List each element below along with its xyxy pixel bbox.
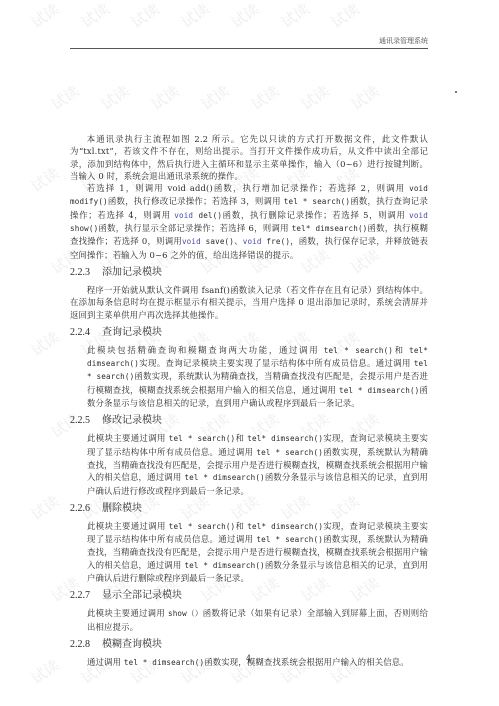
code-run: tel* dimsearch() bbox=[247, 434, 323, 443]
section-heading: 2.2.5修改记录模块 bbox=[70, 414, 428, 428]
watermark-text: 试读 bbox=[177, 0, 214, 33]
section-body: 此模块包括精确查询和模糊查询两大功能，通过调用 tel * search()和 … bbox=[70, 344, 428, 409]
code-run: save() bbox=[201, 237, 234, 246]
section-title: 添加记录模块 bbox=[102, 267, 162, 278]
text-run: 函数实现，模糊查找系统会根据用户输入的相关信息。 bbox=[204, 657, 409, 667]
section-number: 2.2.3 bbox=[70, 266, 102, 280]
watermark-text: 试读 bbox=[327, 0, 364, 33]
watermark-text: 试读 bbox=[197, 80, 234, 114]
watermark-text: 试读 bbox=[247, 80, 284, 114]
section-body: 程序一开始就从默认文件调用 fsanf()函数读入记录（若文件存在且有记录）到结… bbox=[70, 284, 428, 321]
text-run: 此模块包括精确查询和模糊查询两大功能，通过调用 bbox=[87, 345, 324, 355]
code-run: tel* dimsearch() bbox=[292, 224, 368, 233]
watermark-text: 试读 bbox=[127, 0, 164, 33]
section-title: 修改记录模块 bbox=[102, 415, 162, 426]
section-heading: 2.2.6删除模块 bbox=[70, 502, 428, 516]
text-run: 函数，执行删除记录操作；若选择 5，则调用 bbox=[222, 210, 409, 220]
text-run: 和 bbox=[393, 345, 409, 355]
text-run: 此模块主要通过调用 bbox=[87, 521, 169, 531]
code-run: tel * dimsearch() bbox=[339, 386, 419, 395]
code-run: show（） bbox=[168, 609, 203, 618]
section-title: 显示全部记录模块 bbox=[102, 590, 182, 601]
section-number: 2.2.6 bbox=[70, 502, 102, 516]
watermark-text: 试读 bbox=[347, 80, 384, 114]
watermark-text: 试读 bbox=[27, 162, 64, 196]
code-run: tel * dimsearch() bbox=[184, 561, 264, 570]
section-number: 2.2.8 bbox=[70, 638, 102, 652]
code-run: tel * dimsearch() bbox=[184, 473, 264, 482]
section-title: 删除模块 bbox=[102, 503, 142, 514]
watermark-text: 试读 bbox=[27, 490, 64, 524]
code-run: tel * search() bbox=[324, 346, 393, 355]
code-run: fre() bbox=[262, 237, 290, 246]
section-add-record: 2.2.3添加记录模块 程序一开始就从默认文件调用 fsanf()函数读入记录（… bbox=[70, 266, 428, 321]
watermark-text: 试读 bbox=[97, 80, 134, 114]
section-number: 2.2.5 bbox=[70, 414, 102, 428]
text-run: 和 bbox=[235, 433, 247, 443]
watermark-text: 试读 bbox=[77, 0, 114, 33]
stray-mark bbox=[455, 91, 457, 93]
text-run: 此模块主要通过调用 bbox=[87, 608, 168, 618]
watermark-text: 试读 bbox=[147, 80, 184, 114]
code-run: show() bbox=[70, 224, 98, 233]
section-heading: 2.2.7显示全部记录模块 bbox=[70, 589, 428, 603]
section-heading: 2.2.3添加记录模块 bbox=[70, 266, 428, 280]
running-header: 通讯录管理系统 bbox=[70, 34, 428, 49]
text-run: 函数，执行显示全部记录操作；若选择 6，则调用 bbox=[98, 223, 291, 233]
code-run: tel * search() bbox=[256, 448, 323, 457]
watermark-text: 试读 bbox=[47, 80, 84, 114]
section-show-all: 2.2.7显示全部记录模块 此模块主要通过调用 show（）函数将记录（如果有记… bbox=[70, 589, 428, 633]
code-run: tel * search() bbox=[284, 197, 350, 206]
watermark-text: 试读 bbox=[277, 0, 314, 33]
watermark-text: 试读 bbox=[227, 0, 264, 33]
section-heading: 2.2.8模糊查询模块 bbox=[70, 638, 428, 652]
section-delete-record: 2.2.6删除模块 此模块主要通过调用 tel * search()和 tel*… bbox=[70, 502, 428, 584]
code-run: tel * search() bbox=[169, 522, 236, 531]
code-run: tel * search() bbox=[256, 535, 323, 544]
section-number: 2.2.7 bbox=[70, 589, 102, 603]
code-run: tel * dimsearch() bbox=[124, 658, 204, 667]
section-modify-record: 2.2.5修改记录模块 此模块主要通过调用 tel * search()和 te… bbox=[70, 414, 428, 496]
keyword-run: void bbox=[409, 211, 428, 220]
page-number: 4 bbox=[246, 654, 251, 663]
section-body: 此模块主要通过调用 tel * search()和 tel* dimsearch… bbox=[70, 520, 428, 584]
watermark-text: 试读 bbox=[27, 0, 64, 33]
code-run: tel* dimsearch() bbox=[247, 522, 323, 531]
code-run: del() bbox=[193, 211, 222, 220]
code-run: tel * search() bbox=[169, 434, 236, 443]
section-number: 2.2.4 bbox=[70, 326, 102, 340]
watermark-text: 试读 bbox=[27, 326, 64, 360]
text-run: 若选择 1，则调用 void add()函数，执行增加记录操作；若选择 2，则调… bbox=[87, 183, 409, 193]
header-title: 通讯录管理系统 bbox=[379, 36, 428, 46]
watermark-text: 试读 bbox=[27, 654, 64, 688]
text-run: 、 bbox=[234, 236, 243, 246]
keyword-run: void bbox=[243, 237, 262, 246]
section-body: 此模块主要通过调用 show（）函数将记录（如果有记录）全部输入到屏幕上面，否则… bbox=[70, 607, 428, 633]
section-title: 查询记录模块 bbox=[102, 327, 162, 338]
text-run: 通过调用 bbox=[87, 657, 124, 667]
section-body: 此模块主要通过调用 tel * search()和 tel* dimsearch… bbox=[70, 432, 428, 496]
text-run: 此模块主要通过调用 bbox=[87, 433, 169, 443]
intro-paragraph-1: 本通讯录执行主流程如图 2.2 所示。它先以只读的方式打开数据文件，此文件默认为… bbox=[70, 133, 428, 182]
section-query-record: 2.2.4查询记录模块 此模块包括精确查询和模糊查询两大功能，通过调用 tel … bbox=[70, 326, 428, 409]
section-heading: 2.2.4查询记录模块 bbox=[70, 326, 428, 340]
text-run: 和 bbox=[235, 521, 247, 531]
document-body: 本通讯录执行主流程如图 2.2 所示。它先以只读的方式打开数据文件，此文件默认为… bbox=[70, 133, 428, 669]
text-run: 函数，执行修改记录操作；若选择 3，则调用 bbox=[108, 196, 284, 206]
keyword-run: void bbox=[174, 211, 193, 220]
text-run: 实现。查询记录模块主要实现了显示结构体中所有成员信息。通过调用 bbox=[139, 358, 414, 368]
keyword-run: void bbox=[182, 237, 201, 246]
watermark-text: 试读 bbox=[297, 80, 334, 114]
intro-paragraph-2: 若选择 1，则调用 void add()函数，执行增加记录操作；若选择 2，则调… bbox=[70, 182, 428, 261]
section-title: 模糊查询模块 bbox=[102, 639, 162, 650]
